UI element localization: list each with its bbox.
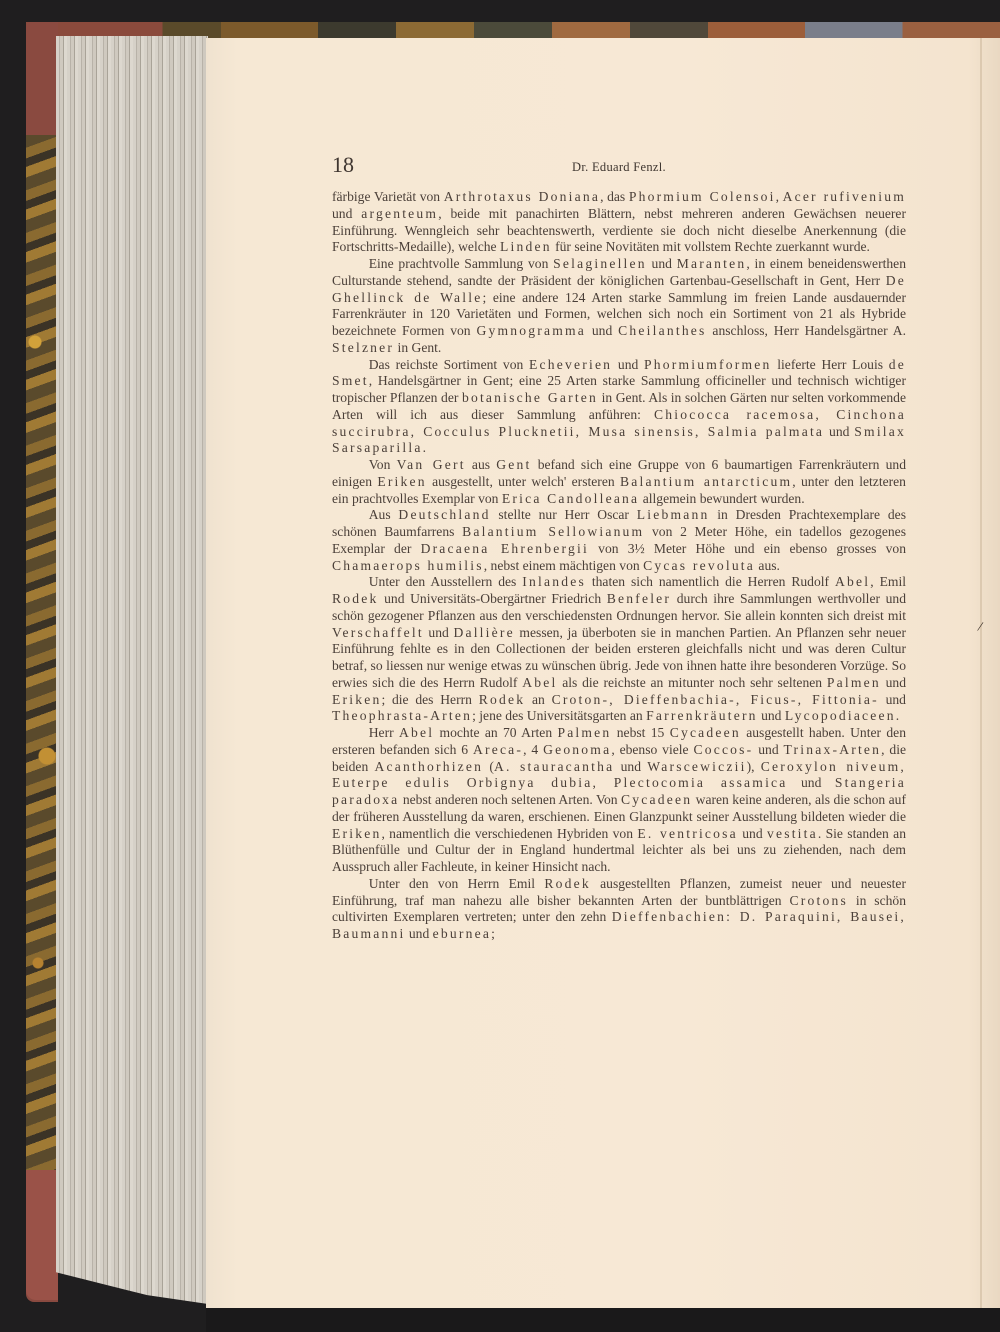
text-run: und [879,692,906,707]
text-run: , namentlich die verschiedenen Hybriden … [381,826,637,841]
paragraph: Unter den von Herrn Emil Rodek ausgestel… [332,876,906,943]
spaced-name: Farrenkräutern [646,708,758,723]
text-run: . [423,440,426,455]
spaced-name: Maranten [677,256,747,271]
spaced-name: Eriken [377,474,426,489]
text-run: und [424,625,454,640]
text-run: und [614,759,647,774]
text-run: , ebenso viele [611,742,693,757]
spaced-name: Cycadeen [621,792,692,807]
spaced-name: Chamaerops humilis [332,558,484,573]
text-run: Von [369,457,397,472]
text-run: als die reichste an mitunter noch sehr s… [557,675,826,690]
page-header: 18 Dr. Eduard Fenzl. [332,152,906,182]
spaced-name: botanische Garten [462,390,598,405]
spaced-name: Phormium Colensoi [629,189,776,204]
book-cover-top-edge [26,22,1000,38]
text-run: und [824,424,854,439]
spaced-name: Balantium Sellowianum [462,524,644,539]
spaced-name: Liebmann [637,507,710,522]
text-run: , nebst einem mächtigen von [484,558,643,573]
text-run: und [788,775,835,790]
spaced-name: Acer rufivenium [783,189,906,204]
spaced-name: Benfeler [607,591,671,606]
text-run: an [525,692,551,707]
text-run: nebst 15 [611,725,669,740]
spaced-name: eburnea [433,926,491,941]
text-run: lieferte Herr Louis [772,357,889,372]
text-run: stellte nur Herr Oscar [491,507,637,522]
text-run: mochte an 70 Arten [434,725,557,740]
spaced-name: Eriken [332,826,381,841]
spaced-name: Cycas revoluta [643,558,755,573]
spaced-name: Croton-, Dieffenbachia-, Ficus-, Fittoni… [552,692,879,707]
spaced-name: vestita [767,826,818,841]
spaced-name: Stelzner [332,340,394,355]
spaced-name: Theophrasta-Arten [332,708,472,723]
spaced-name: Abel [522,675,557,690]
spaced-name: Linden [500,239,552,254]
text-run: Eine prachtvolle Sammlung von [369,256,553,271]
stacked-page-edges [56,36,208,1304]
spaced-name: Lycopodiaceen [785,708,896,723]
spaced-name: Crotons [789,893,847,908]
page-bottom-shadow [206,1308,1000,1332]
spaced-name: Balantium antarcticum [620,474,792,489]
spaced-name: Verschaffelt [332,625,424,640]
spaced-name: Arthrotaxus Doniana [444,189,600,204]
spaced-name: Rodek [544,876,591,891]
text-run: ( [483,759,494,774]
spaced-name: Acanthorhizen [375,759,484,774]
text-run: ; jene des Universitätsgarten an [472,708,646,723]
spaced-name: Eriken [332,692,381,707]
text-run: ; [491,926,495,941]
spaced-name: Phormiumformen [644,357,771,372]
spaced-name: Palmen [557,725,611,740]
spaced-name: Rodek [479,692,526,707]
text-run: und [586,323,618,338]
book-cover-marbled-board [26,135,56,1170]
text-run: in Gent. [394,340,441,355]
text-run: ; die des Herrn [381,692,478,707]
spaced-name: argenteum [361,206,438,221]
text-run: und [405,926,432,941]
text-run: und [612,357,644,372]
paragraph: Aus Deutschland stellte nur Herr Oscar L… [332,507,906,574]
running-head: Dr. Eduard Fenzl. [332,160,906,175]
spaced-name: Van Gert [397,457,466,472]
spaced-name: Warscewiczii [647,759,746,774]
spaced-name: Dracaena Ehrenbergii [421,541,589,556]
paragraph: färbige Varietät von Arthrotaxus Doniana… [332,189,906,256]
text-run: Aus [369,507,399,522]
spaced-name: Gent [496,457,531,472]
text-run: und [753,742,783,757]
text-run: Herr [369,725,399,740]
text-run: und [647,256,677,271]
page-fold-line [980,38,982,1314]
paragraph: Unter den Ausstellern des Inlandes thate… [332,574,906,725]
text-run: und [738,826,767,841]
text-run: Unter den Ausstellern des [369,574,523,589]
spaced-name: A. stauracantha [494,759,614,774]
spaced-name: Selaginellen [553,256,647,271]
text-run: für seine Novitäten mit vollstem Rechte … [552,239,870,254]
paragraph: Von Van Gert aus Gent befand sich eine G… [332,457,906,507]
text-run: und [881,675,906,690]
spaced-name: Inlandes [522,574,586,589]
text-run: und Universitäts-Obergärtner Friedrich [379,591,607,606]
spaced-name: Erica Candolleana [502,491,639,506]
text-run: , 4 [523,742,543,757]
text-run: . [896,708,899,723]
paragraph: Das reichste Sortiment von Echeverien un… [332,357,906,458]
spaced-name: Coccos- [693,742,753,757]
spaced-name: Abel [835,574,870,589]
spaced-name: Abel [399,725,434,740]
spaced-name: Palmen [827,675,881,690]
text-run: aus. [755,558,780,573]
book-cover-leather-corner [26,1170,58,1300]
spaced-name: Areca- [473,742,523,757]
text-run: , das [600,189,629,204]
text-run: nebst anderen noch seltenen Arten. Von [399,792,621,807]
text-run: thaten sich namentlich die Herren Rudolf [586,574,835,589]
spaced-name: Geonoma [543,742,611,757]
spaced-name: Trinax-Arten [784,742,882,757]
spaced-name: Echeverien [529,357,612,372]
text-run: färbige Varietät von [332,189,444,204]
paragraph: Eine prachtvolle Sammlung von Selaginell… [332,256,906,357]
text-run: Unter den von Herrn Emil [369,876,545,891]
text-run: aus [466,457,497,472]
spaced-name: Dallière [453,625,514,640]
spaced-name: Gymnogramma [476,323,586,338]
text-run: und [332,206,361,221]
text-run: , Emil [870,574,906,589]
text-run: von 3½ Meter Höhe und ein ebenso grosses… [589,541,906,556]
text-run: allgemein bewundert wurden. [639,491,804,506]
spaced-name: Cycadeen [670,725,741,740]
text-run: und [758,708,785,723]
text-run: anschloss, Herr Handelsgärtner A. [707,323,906,338]
spaced-name: Cheilanthes [618,323,706,338]
body-text: färbige Varietät von Arthrotaxus Doniana… [332,189,906,943]
paragraph: Herr Abel mochte an 70 Arten Palmen nebs… [332,725,906,876]
text-run: , [776,189,783,204]
spaced-name: E. ventricosa [637,826,738,841]
text-run: ), [747,759,761,774]
spaced-name: Deutschland [398,507,490,522]
text-run: Das reichste Sortiment von [369,357,529,372]
spaced-name: Rodek [332,591,379,606]
text-run: ausgestellt, unter welch' ersteren [427,474,620,489]
